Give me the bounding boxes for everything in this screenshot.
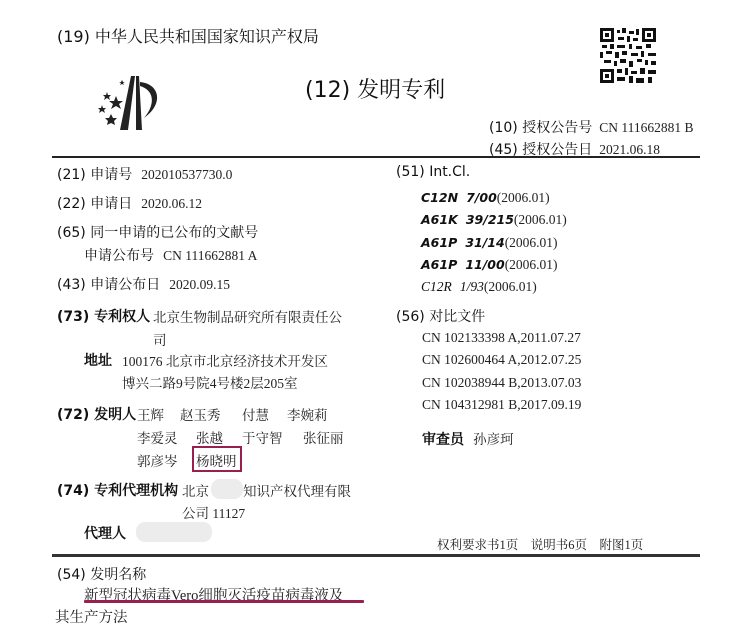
application-pub-no-label: 申请公布号	[84, 248, 154, 264]
application-number-label: (21) 申请号	[57, 167, 132, 183]
inventor: 付慧	[242, 404, 269, 424]
inventor: 王辉	[137, 404, 164, 424]
agency-line-2: 公司 11127	[182, 502, 245, 522]
agency-line-1-start: 北京	[182, 480, 209, 500]
reference-item: CN 102133398 A,2011.07.27	[422, 330, 581, 346]
redacted-agency-name	[211, 479, 243, 499]
inventor: 赵玉秀	[180, 404, 221, 424]
grant-publication-number: (10) 授权公告号 CN 111662881 B	[489, 117, 694, 137]
application-pub-date-value: 2020.09.15	[169, 277, 230, 292]
inventor: 李爱灵	[137, 427, 178, 447]
patentee-line-1: 北京生物制品研究所有限责任公	[153, 306, 342, 326]
ipc-entry: A61K 39/215(2006.01)	[421, 209, 567, 228]
ipc-entry: A61P 11/00(2006.01)	[421, 254, 558, 273]
inventor: 张越	[196, 427, 223, 447]
application-pub-date-label: (43) 申请公布日	[57, 277, 160, 293]
reference-item: CN 104312981 B,2017.09.19	[422, 397, 581, 413]
invention-title-line-2: 其生产方法	[55, 606, 128, 627]
address-line-1: 100176 北京市北京经济技术开发区	[122, 350, 328, 370]
application-number-value: 202010537730.0	[141, 167, 232, 182]
address-label: 地址	[84, 350, 112, 370]
redacted-agent-name	[136, 522, 212, 542]
invention-title-label: (54) 发明名称	[57, 564, 146, 584]
page-count-summary: 权利要求书1页 说明书6页 附图1页	[437, 535, 643, 553]
document-type-title: (12) 发明专利	[305, 73, 445, 104]
grant-pub-date-value: 2021.06.18	[599, 142, 660, 157]
title-highlight-underline	[84, 600, 364, 603]
prior-publication-label: (65) 同一申请的已公布的文献号	[57, 222, 258, 242]
reference-item: CN 102600464 A,2012.07.25	[422, 352, 581, 368]
agency-label: (74) 专利代理机构	[57, 480, 178, 500]
patentee-label: (73) 专利权人	[57, 306, 150, 326]
references-label: (56) 对比文件	[396, 306, 485, 326]
patentee-line-2: 司	[153, 329, 167, 349]
title-divider	[52, 554, 700, 557]
application-date-label: (22) 申请日	[57, 196, 132, 212]
reference-item: CN 102038944 B,2013.07.03	[422, 375, 581, 391]
ipc-entry: C12N 7/00(2006.01)	[421, 187, 550, 206]
header-divider	[52, 156, 700, 158]
inventors-label: (72) 发明人	[57, 404, 136, 424]
inventor: 李婉莉	[287, 404, 328, 424]
inventor: 张征丽	[303, 427, 344, 447]
inventor: 于守智	[242, 427, 283, 447]
issuer-heading: (19) 中华人民共和国国家知识产权局	[57, 24, 319, 47]
agency-line-1-end: 知识产权代理有限	[243, 480, 351, 500]
grant-pub-no-label: (10) 授权公告号	[489, 120, 592, 136]
cnipa-logo-icon	[94, 72, 164, 134]
ipc-label: (51) Int.Cl.	[396, 164, 470, 180]
application-pub-no-value: CN 111662881 A	[163, 248, 257, 263]
ipc-entry: C12R 1/93(2006.01)	[421, 276, 537, 295]
address-line-2: 博兴二路9号院4号楼2层205室	[122, 372, 298, 392]
examiner-label: 审查员	[422, 432, 464, 448]
inventor: 郭彦岑	[137, 450, 178, 470]
application-date-value: 2020.06.12	[141, 196, 202, 211]
ipc-entry: A61P 31/14(2006.01)	[421, 232, 558, 251]
inventor-highlight-box	[192, 446, 242, 472]
grant-pub-no-value: CN 111662881 B	[599, 120, 693, 135]
agent-label: 代理人	[84, 523, 126, 543]
qr-code-icon	[600, 28, 656, 83]
examiner-name: 孙彦珂	[473, 432, 514, 447]
